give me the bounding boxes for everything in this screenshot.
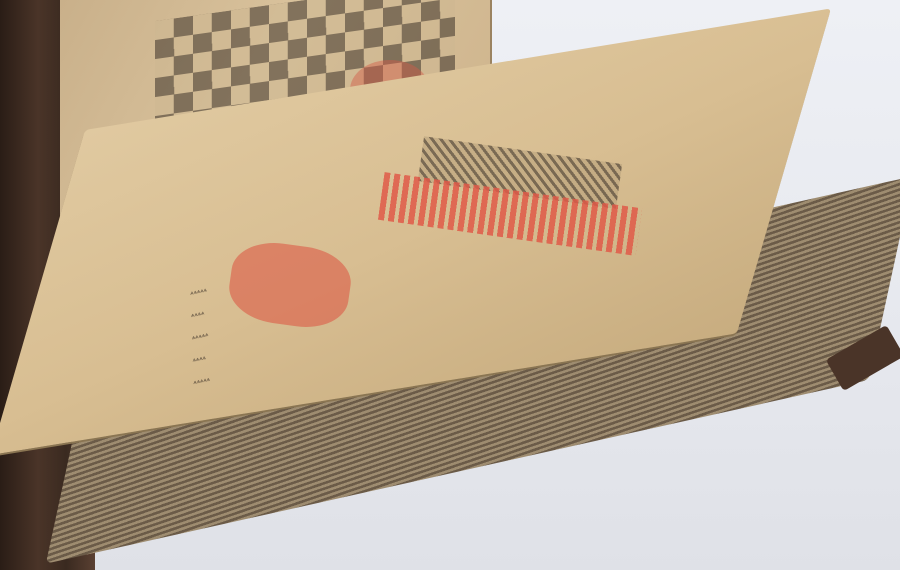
book-photo: ⷽ ⷽ ⷽ ⷽ ⷽ ⷽ ⷽ ⷽ ⷽ ⷽ ⷽ ⷽ ⷽ ⷽ ⷽ ⷽ ⷽ ⷽ ⷽ ⷽ … (0, 0, 900, 570)
